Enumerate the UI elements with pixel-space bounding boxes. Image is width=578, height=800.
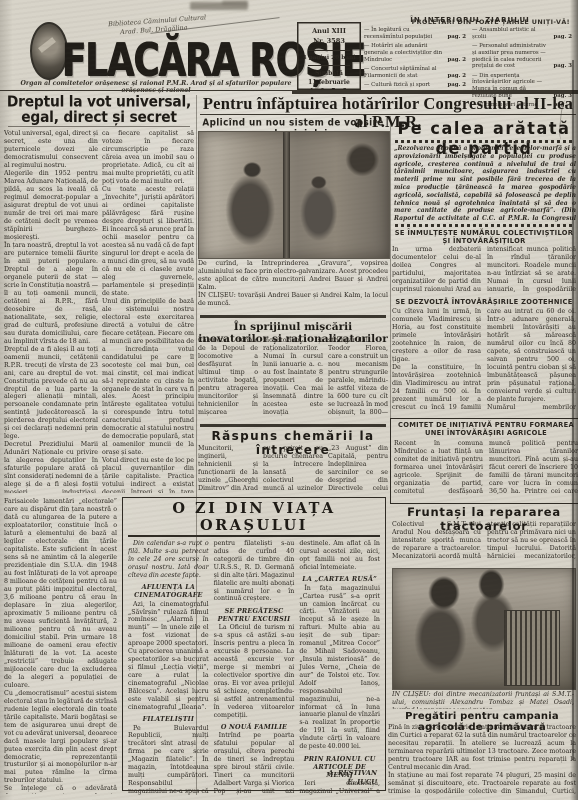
- raspuns-body: Muncitorii, inginerii, tehnicienii și fu…: [198, 445, 388, 494]
- interior-item-text: — Ansamblul artistic al școlii: [472, 27, 550, 41]
- interior-item-text: — În legătură cu recensămîntul populație…: [364, 27, 444, 41]
- decorative-rule: [395, 224, 573, 227]
- city-life-paragraph: În fața magazinului „Cartea rusă” s-a op…: [299, 585, 380, 751]
- interior-item-text: — Personalul administrativ și auxiliar p…: [472, 43, 550, 70]
- city-life-title: O ZI DIN VIAȚA ORAȘULUI: [128, 500, 380, 537]
- inovatori-body: Cabinetul tehnic de la Depoul de locomot…: [198, 337, 388, 421]
- interior-item-page: pag. 2: [447, 57, 466, 64]
- sec2-title: SE DEZVOLTĂ ÎNTOVĂRĂȘIRILE ZOOTEHNICE: [392, 298, 576, 306]
- banner-rule: [200, 114, 576, 115]
- sec1-title: SE ÎNMULȚEȘTE NUMĂRUL COLECTIVIȘTILOR ȘI…: [392, 229, 576, 246]
- infobox-divider: [308, 65, 350, 66]
- infobox-divider: [308, 50, 350, 51]
- photo-radiator: [504, 610, 561, 686]
- signature-author-1: A. REȘTIVAN: [328, 769, 377, 777]
- partid-quote: „Rezolvarea deplină a problemei cerealel…: [394, 145, 576, 222]
- vot-title-rule: [8, 126, 190, 127]
- interior-item-text: — Hotărîri ale adunării generale a colec…: [364, 43, 444, 63]
- issue-info-box: Anul XIII Nr. 3583 4 pagini 20 bani Sîmb…: [297, 22, 361, 90]
- issue-date: 11 februarie: [300, 78, 358, 87]
- fruntasi-body: Colectivul S.M.T.-ului Aradul Nou desfăș…: [392, 521, 576, 565]
- issue-price: 4 pagini 20 bani: [300, 54, 358, 63]
- interior-item-page: pag. 2: [447, 73, 466, 80]
- sec2-body: Cu cîteva luni în urmă, în comunele Vlad…: [392, 308, 576, 414]
- vot-column-1: Votul universal, egal, direct și secret,…: [4, 130, 98, 493]
- newspaper-page: Biblioteca Căminului Cultural Arad. Bul.…: [0, 0, 578, 800]
- interior-item-page: pag. 2: [447, 34, 466, 41]
- city-life-subhead: FILATELIȘTII: [128, 715, 209, 723]
- city-life-subhead: LA „CARTEA RUSĂ”: [299, 575, 380, 583]
- vot-article-title: Dreptul la vot universal, egal, direct ș…: [2, 95, 196, 126]
- sec3-title: COMITET DE INIȚIATIVĂ PENTRU FORMAREA UN…: [394, 421, 578, 438]
- vopsire-caption: De curînd, la Întreprinderea „Gravura”, …: [198, 260, 388, 312]
- interior-item: — Ansamblul artistic al școliipag. 2: [472, 27, 572, 41]
- sec1-body: În urma dezbaterii documentelor celui de…: [392, 246, 576, 296]
- newspaper-subtitle: Organ al comitetelor orășenesc și raiona…: [20, 80, 292, 94]
- page-edge-line: [572, 60, 574, 760]
- fruntasi-caption: ÎN CLIȘEU: doi dintre mecanizatorii frun…: [392, 691, 574, 709]
- interior-item: — Cultură fizică și sportpag. 2: [364, 82, 466, 89]
- city-life-subhead: O NOUĂ FAMILIE: [214, 723, 295, 731]
- sec3-box: COMITET DE INIȚIATIVĂ PENTRU FORMAREA UN…: [390, 418, 578, 504]
- signature-author-2: E. IUCU: [348, 778, 377, 786]
- interior-list-left: — În legătură cu recensămîntul populație…: [364, 27, 466, 91]
- sec3-body: Recent în comuna Mîndruloc a luat ființă…: [394, 440, 578, 496]
- interior-item-text: — Cultură fizică și sport: [364, 82, 430, 89]
- city-life-intro: Din calendar s-a rupt o filă. Multe s-au…: [128, 540, 209, 580]
- photo-tractor-repair: [392, 568, 576, 690]
- photo-machine-column: [283, 132, 290, 258]
- city-life-signature: A. REȘTIVAN E. IUCU: [328, 769, 377, 787]
- city-life-box: O ZI DIN VIAȚA ORAȘULUI Din calendar s-a…: [122, 497, 386, 791]
- section-divider: [200, 424, 386, 427]
- interior-item-text: — Concertul săptămînal al Filarmonicii d…: [364, 66, 444, 80]
- section-divider: [200, 315, 386, 318]
- issue-number: Nr. 3583: [300, 37, 358, 47]
- interior-item: — Personalul administrativ și auxiliar p…: [472, 43, 572, 70]
- interior-section-title: ÎN INTERIORUL ZIARULUI: [380, 16, 560, 24]
- city-life-subhead: SE PREGĂTESC PENTRU EXCURSII: [214, 607, 295, 623]
- vot-column-2: ca fiecare capitalist să voteze în fieca…: [102, 130, 194, 493]
- vot-column-3: Farisaicele lamentări „electorale” care …: [4, 498, 117, 794]
- city-life-paragraph: Azi, la cinematograful „Săvîrșin” ruleaz…: [128, 601, 209, 712]
- photo-aluminium-painting: [198, 131, 390, 259]
- issue-year: Anul XIII: [300, 27, 358, 37]
- interior-item: — Hotărîri ale adunării generale a colec…: [364, 43, 466, 63]
- interior-item-page: pag. 2: [447, 82, 466, 89]
- issue-day: Sîmbătă: [300, 69, 358, 78]
- city-life-columns: Din calendar s-a rupt o filă. Multe s-au…: [128, 540, 380, 798]
- pregatiri-body: Pînă în ziua de 8 februarie, stațiunea d…: [388, 724, 576, 794]
- interior-item: — Concertul săptămînal al Filarmonicii d…: [364, 66, 466, 80]
- interior-item: — În legătură cu recensămîntul populație…: [364, 27, 466, 41]
- ink-smudge: [222, 0, 248, 5]
- emblem-flame-shape: [38, 37, 56, 53]
- city-life-paragraph: La Oficiul de turism ni s-a spus că astă…: [214, 624, 295, 719]
- city-life-subhead: AFLUENȚA LA CINEMATOGRAFE: [128, 583, 209, 599]
- decorative-rule: [395, 140, 573, 143]
